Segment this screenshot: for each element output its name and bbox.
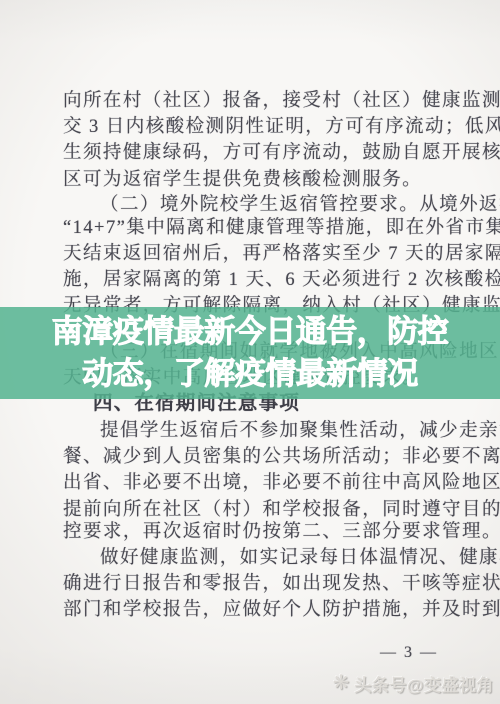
doc-line: 控要求，再次返宿时仍按第二、三部分要求管理。	[63, 519, 475, 545]
banner-title-line1: 南漳疫情最新今日通告，防控	[52, 311, 449, 353]
starburst-icon: ❋	[333, 673, 350, 693]
banner-title-line2: 动态，了解疫情最新情况	[82, 353, 418, 395]
doc-line: 生须持健康绿码，方可有序流动，鼓励自愿开展核酸检测。各县	[63, 140, 475, 166]
title-banner: 南漳疫情最新今日通告，防控 动态，了解疫情最新情况	[0, 307, 500, 399]
doc-line: 交 3 日内核酸检测阴性证明，方可有序流动；低风险地区返宿学	[63, 114, 475, 140]
doc-line: 区可为返宿学生提供免费核酸检测服务。	[63, 167, 475, 193]
doc-line: “14+7”集中隔离和健康管理等措施，即在外省市集中隔离 14	[63, 215, 475, 241]
doc-line: 天结束返回宿州后，再严格落实至少 7 天的居家隔离健康管控措	[63, 241, 475, 267]
doc-line: 确进行日报告和零报告，如出现发热、干咳等症状，及时向相关	[63, 571, 475, 597]
page-number: — 3 —	[380, 642, 438, 664]
doc-line: 施，居家隔离的第 1 天、6 天必须进行 2 次核酸检测，检测结果	[63, 267, 475, 293]
doc-line: 提倡学生返宿后不参加聚集性活动，减少走亲访友、聚会聚	[63, 418, 500, 444]
doc-line: 部门和学校报告，应做好个人防护措施，并及时到定点医疗机构	[63, 597, 475, 623]
watermark-text: 头条号@变盛视角	[354, 671, 494, 696]
doc-line: 出省、非必要不出境，非必要不前往中高风险地区，确需外出的	[63, 470, 475, 496]
watermark: ❋ 头条号@变盛视角	[333, 666, 494, 700]
document-photo: 向所在村（社区）报备，接受村（社区）健康监测管理，同时提 交 3 日内核酸检测阴…	[0, 0, 500, 704]
doc-line: 向所在村（社区）报备，接受村（社区）健康监测管理，同时提	[63, 88, 475, 114]
doc-line: 做好健康监测，如实记录每日体温情况、健康状况，及时准	[63, 545, 500, 571]
doc-line: 餐、减少到人员密集的公共场所活动；非必要不离宿，非必要不	[63, 444, 475, 470]
